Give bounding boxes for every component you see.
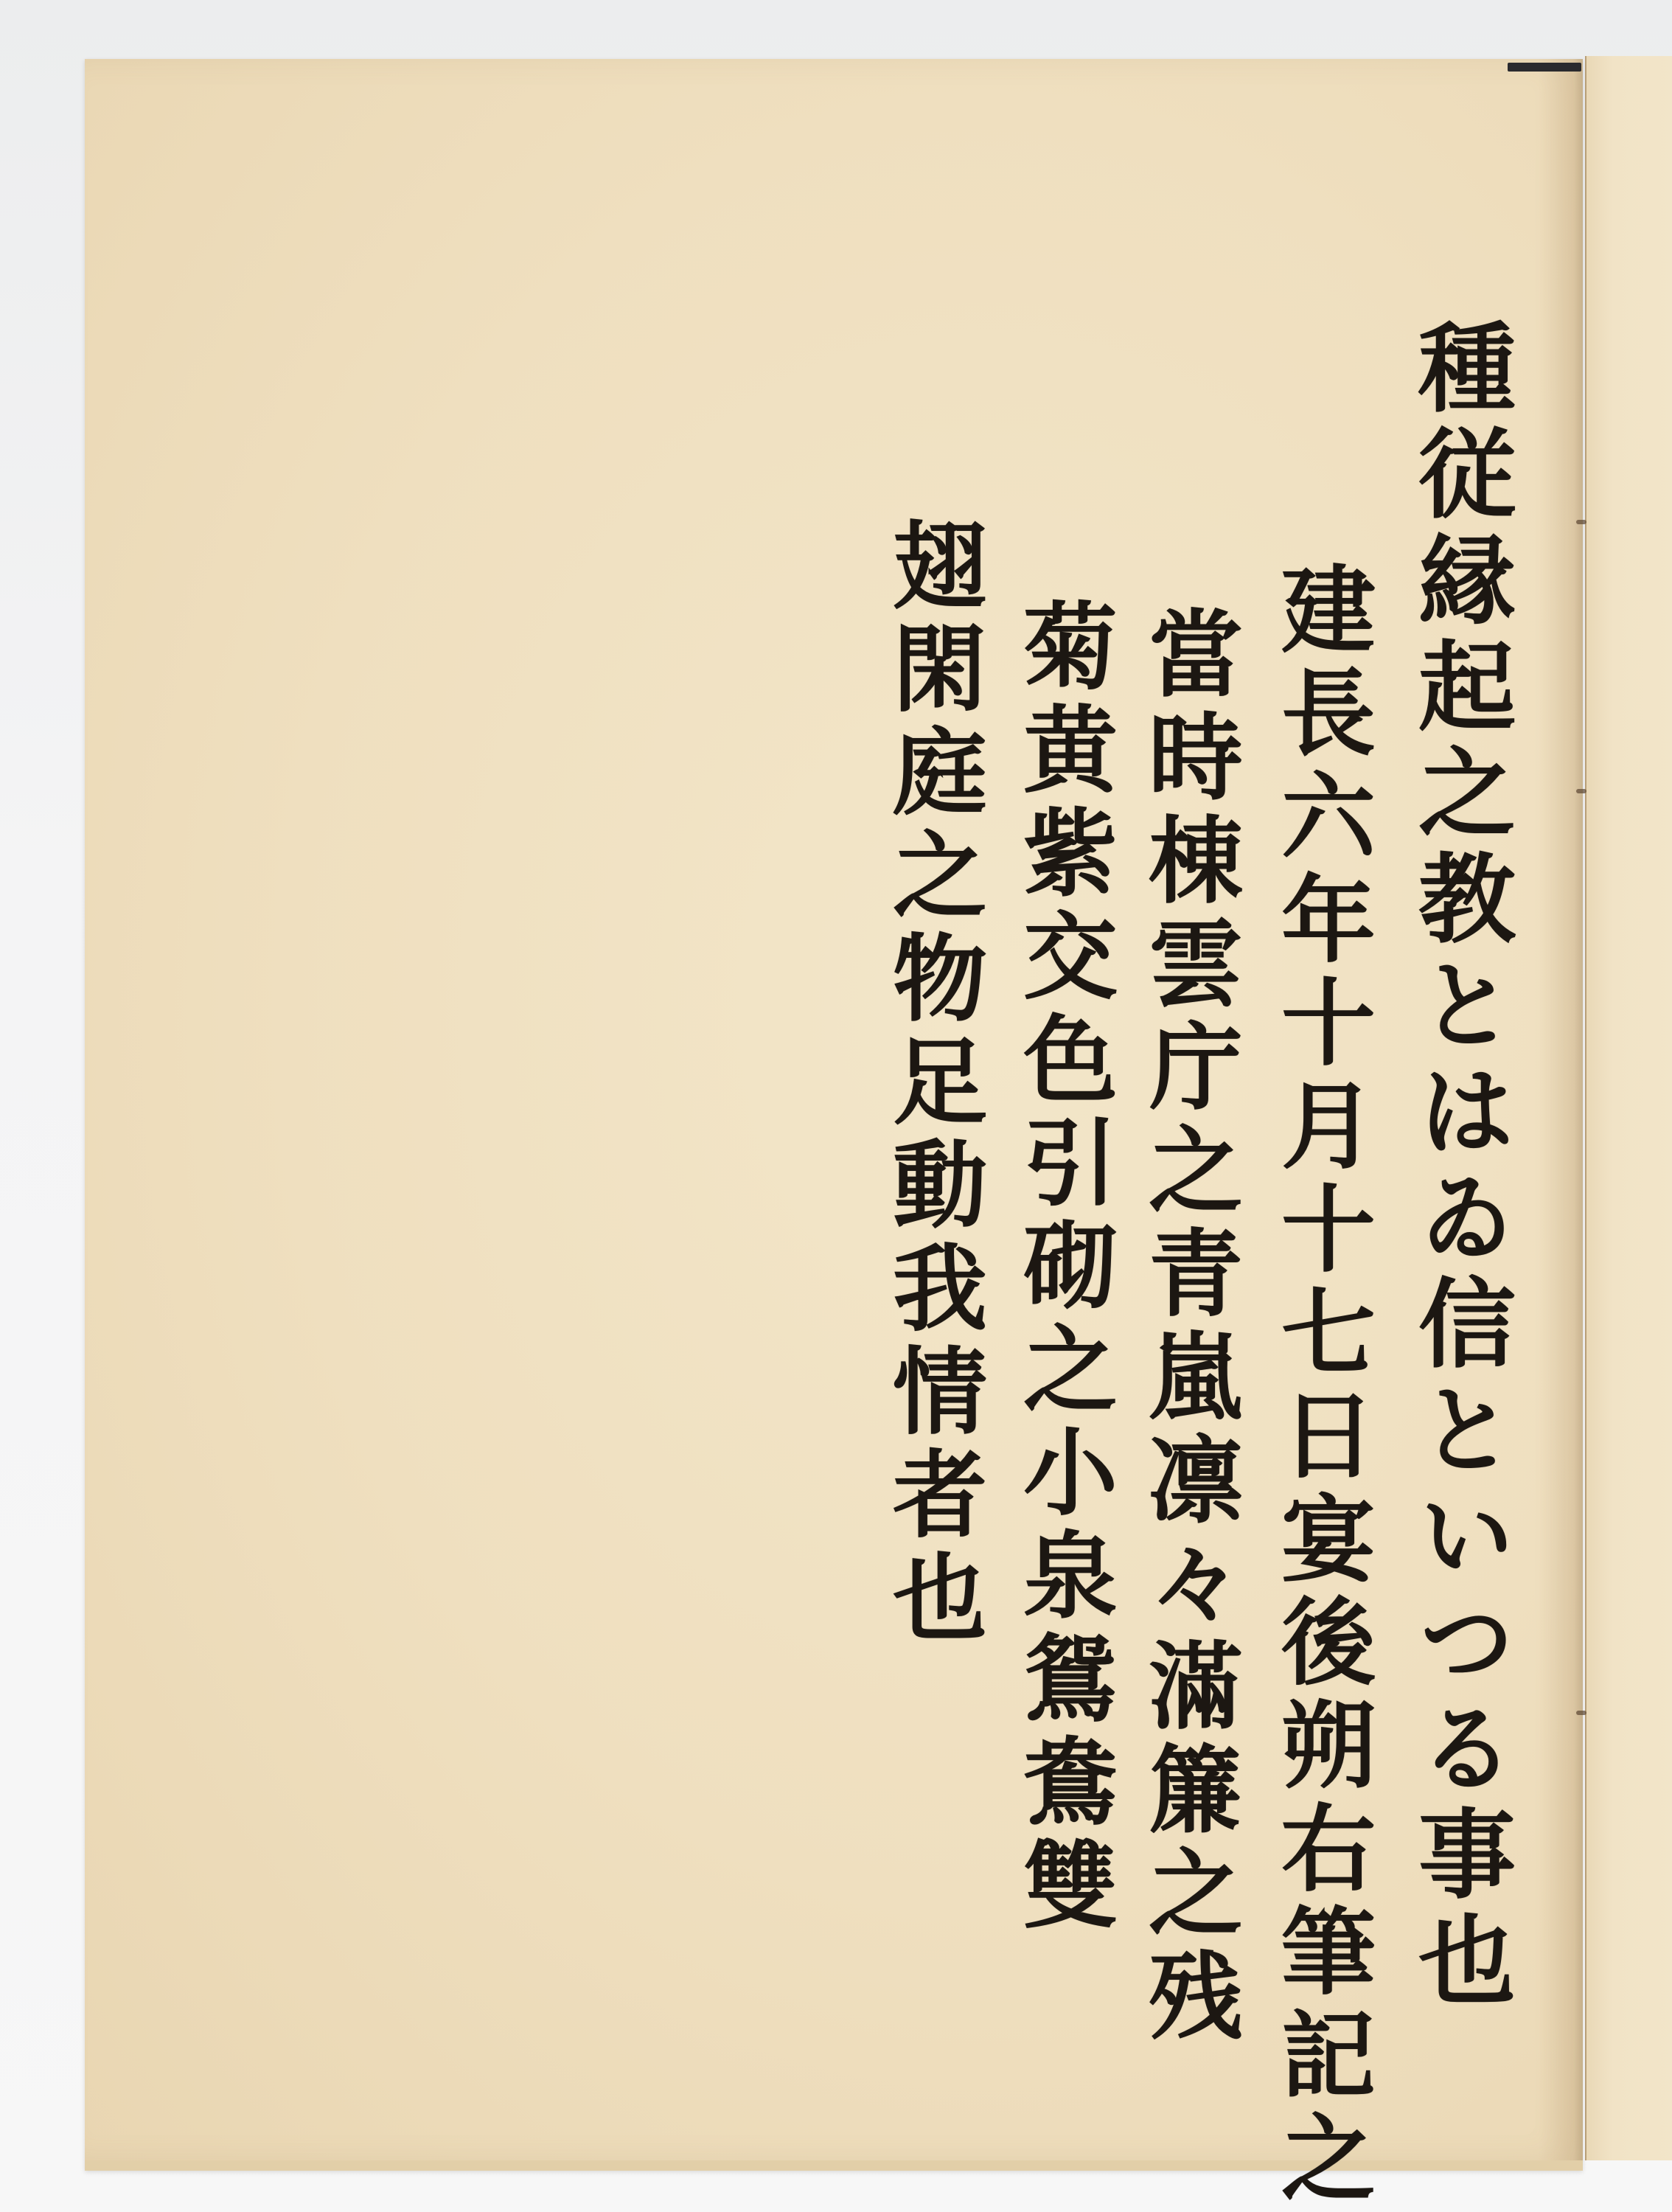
book-cover-edge	[1508, 63, 1581, 72]
text-column-5: 翅閑庭之物足動我情者也	[885, 516, 979, 1652]
binding-stitch	[1576, 520, 1586, 524]
spine-fold-shadow	[1539, 59, 1583, 2160]
text-column-4: 菊黄紫交色引砌之小泉鴛鴦雙	[1015, 597, 1110, 1939]
show-through-ghost	[369, 472, 457, 1947]
binding-stitch	[1576, 1711, 1586, 1715]
show-through-ghost	[509, 472, 597, 1947]
text-column-2: 建長六年十月十七日宴後朔右筆記之	[1273, 560, 1368, 2212]
text-column-3: 當時棟雲庁之青嵐凛々滿簾之残	[1140, 605, 1235, 2050]
text-column-1: 種従縁起之教とはゐ信といつる事也	[1410, 317, 1507, 2016]
show-through-ghost	[243, 472, 332, 1947]
binding-stitch	[1576, 789, 1586, 793]
manuscript-page-right-edge	[1585, 56, 1672, 2160]
